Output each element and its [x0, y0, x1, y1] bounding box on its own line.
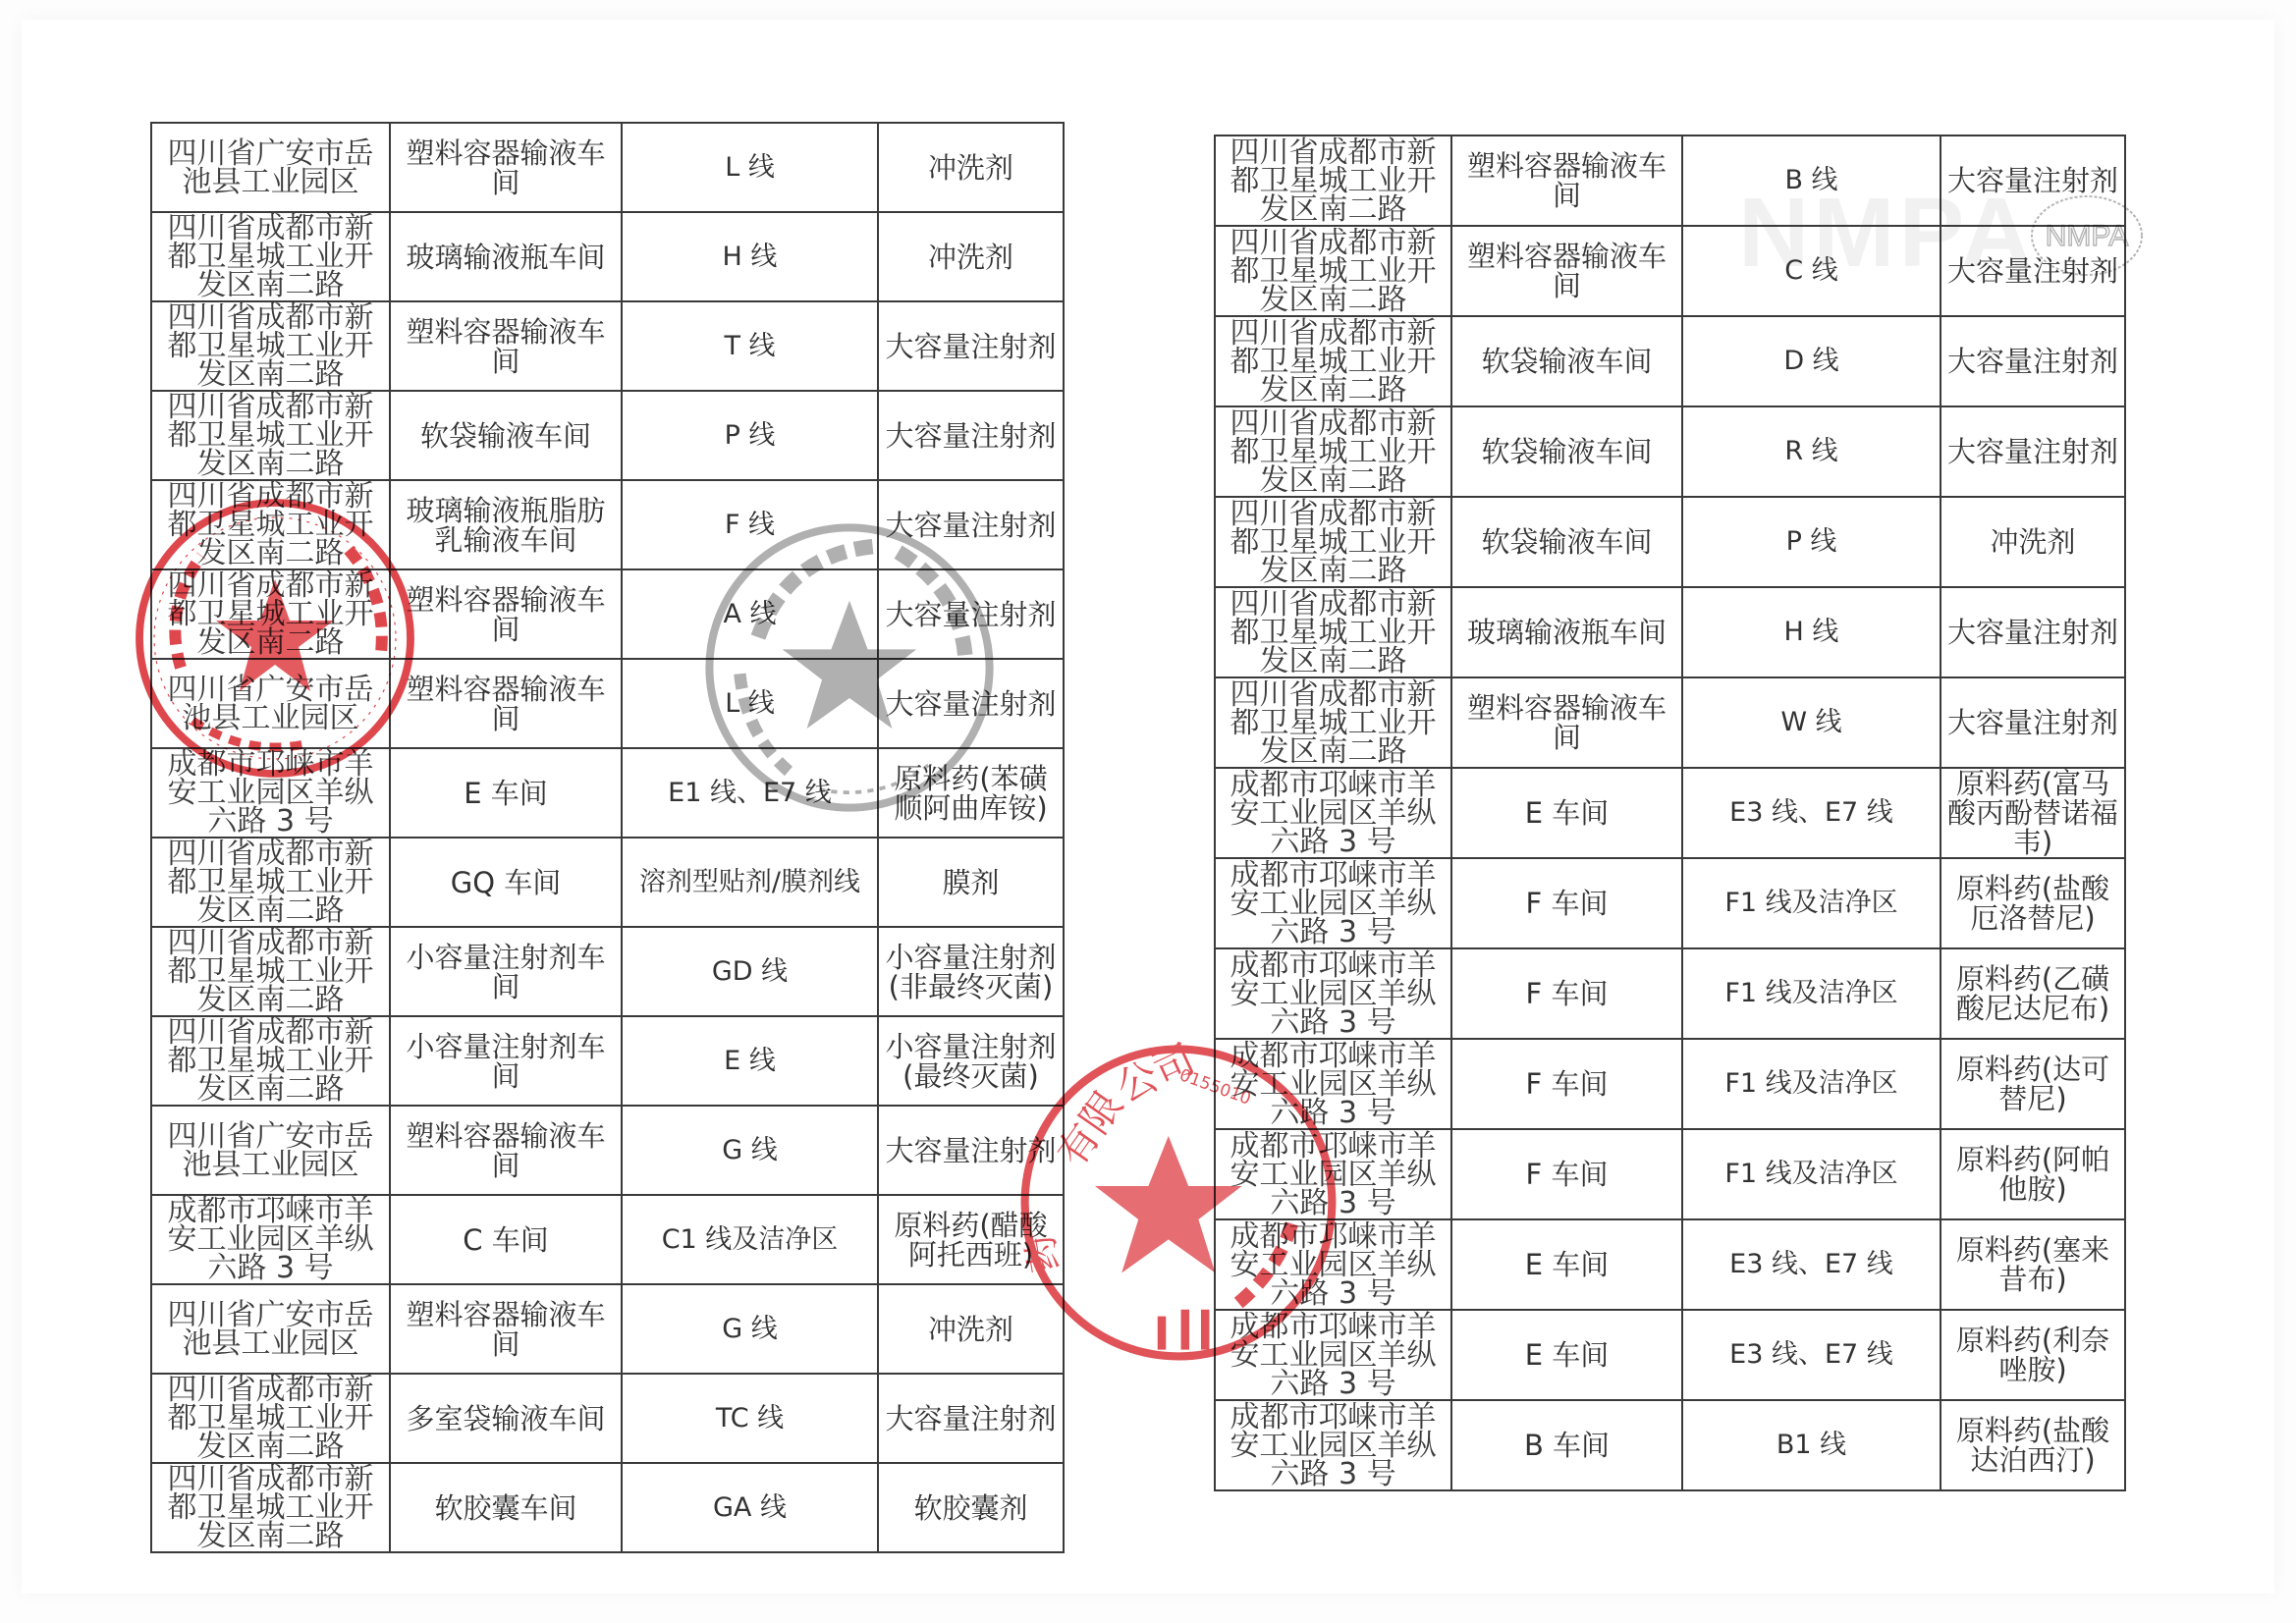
address-cell: 四川省成都市新都卫星城工业开发区南二路 [151, 1374, 390, 1463]
table-row: 四川省成都市新都卫星城工业开发区南二路小容量注射剂车间GD 线小容量注射剂(非最… [151, 927, 1064, 1016]
workshop-cell: 软袋输液车间 [1451, 497, 1682, 587]
line-cell: F 线 [622, 480, 878, 569]
line-cell: E3 线、E7 线 [1682, 1219, 1941, 1310]
table-row: 成都市邛崃市羊安工业园区羊纵六路 3 号F 车间F1 线及洁净区原料药(盐酸厄洛… [1215, 858, 2125, 948]
address-cell: 四川省成都市新都卫星城工业开发区南二路 [151, 391, 390, 480]
address-cell: 成都市邛崃市羊安工业园区羊纵六路 3 号 [1215, 1400, 1451, 1490]
workshop-cell: C 车间 [390, 1195, 622, 1284]
line-cell: C1 线及洁净区 [622, 1195, 878, 1284]
table-row: 四川省成都市新都卫星城工业开发区南二路软袋输液车间P 线大容量注射剂 [151, 391, 1064, 480]
dosage-form-cell: 小容量注射剂(非最终灭菌) [878, 927, 1064, 1016]
address-cell: 四川省成都市新都卫星城工业开发区南二路 [151, 1016, 390, 1106]
workshop-cell: F 车间 [1451, 948, 1682, 1039]
address-cell: 四川省广安市岳池县工业园区 [151, 123, 390, 212]
address-cell: 四川省成都市新都卫星城工业开发区南二路 [151, 927, 390, 1016]
line-cell: A 线 [622, 569, 878, 659]
dosage-form-cell: 原料药(富马酸丙酚替诺福韦) [1941, 768, 2125, 858]
line-cell: E 线 [622, 1016, 878, 1106]
line-cell: GD 线 [622, 927, 878, 1016]
table-row: 四川省成都市新都卫星城工业开发区南二路软袋输液车间R 线大容量注射剂 [1215, 406, 2125, 497]
table-row: 成都市邛崃市羊安工业园区羊纵六路 3 号E 车间E3 线、E7 线原料药(塞来昔… [1215, 1219, 2125, 1310]
line-cell: L 线 [622, 123, 878, 212]
table-row: 四川省成都市新都卫星城工业开发区南二路塑料容器输液车间T 线大容量注射剂 [151, 301, 1064, 391]
address-cell: 四川省成都市新都卫星城工业开发区南二路 [151, 838, 390, 927]
address-cell: 成都市邛崃市羊安工业园区羊纵六路 3 号 [1215, 1219, 1451, 1310]
dosage-form-cell: 大容量注射剂 [878, 1374, 1064, 1463]
table-row: 四川省成都市新都卫星城工业开发区南二路小容量注射剂车间E 线小容量注射剂(最终灭… [151, 1016, 1064, 1106]
dosage-form-cell: 大容量注射剂 [878, 1106, 1064, 1195]
address-cell: 成都市邛崃市羊安工业园区羊纵六路 3 号 [1215, 768, 1451, 858]
dosage-form-cell: 原料药(盐酸厄洛替尼) [1941, 858, 2125, 948]
line-cell: E1 线、E7 线 [622, 748, 878, 838]
table-row: 成都市邛崃市羊安工业园区羊纵六路 3 号E 车间E1 线、E7 线原料药(苯磺顺… [151, 748, 1064, 838]
address-cell: 四川省成都市新都卫星城工业开发区南二路 [151, 480, 390, 569]
line-cell: F1 线及洁净区 [1682, 1129, 1941, 1219]
line-cell: B1 线 [1682, 1400, 1941, 1490]
dosage-form-cell: 大容量注射剂 [1941, 226, 2125, 316]
workshop-cell: 小容量注射剂车间 [390, 927, 622, 1016]
workshop-cell: 塑料容器输液车间 [390, 569, 622, 659]
workshop-cell: E 车间 [1451, 1310, 1682, 1400]
line-cell: E3 线、E7 线 [1682, 768, 1941, 858]
workshop-cell: 塑料容器输液车间 [390, 1106, 622, 1195]
dosage-form-cell: 冲洗剂 [878, 1284, 1064, 1374]
workshop-cell: 塑料容器输液车间 [390, 301, 622, 391]
workshop-cell: F 车间 [1451, 1039, 1682, 1129]
line-cell: GA 线 [622, 1463, 878, 1552]
table-row: 四川省成都市新都卫星城工业开发区南二路塑料容器输液车间W 线大容量注射剂 [1215, 677, 2125, 768]
line-cell: B 线 [1682, 135, 1941, 226]
table-row: 成都市邛崃市羊安工业园区羊纵六路 3 号F 车间F1 线及洁净区原料药(乙磺酸尼… [1215, 948, 2125, 1039]
table-row: 成都市邛崃市羊安工业园区羊纵六路 3 号C 车间C1 线及洁净区原料药(醋酸阿托… [151, 1195, 1064, 1284]
table-row: 四川省广安市岳池县工业园区塑料容器输液车间G 线大容量注射剂 [151, 1106, 1064, 1195]
line-cell: P 线 [1682, 497, 1941, 587]
line-cell: G 线 [622, 1284, 878, 1374]
line-cell: W 线 [1682, 677, 1941, 768]
line-cell: E3 线、E7 线 [1682, 1310, 1941, 1400]
workshop-cell: 塑料容器输液车间 [390, 659, 622, 748]
address-cell: 成都市邛崃市羊安工业园区羊纵六路 3 号 [151, 748, 390, 838]
dosage-form-cell: 原料药(乙磺酸尼达尼布) [1941, 948, 2125, 1039]
dosage-form-cell: 软胶囊剂 [878, 1463, 1064, 1552]
workshop-cell: GQ 车间 [390, 838, 622, 927]
dosage-form-cell: 冲洗剂 [878, 212, 1064, 301]
workshop-cell: E 车间 [390, 748, 622, 838]
address-cell: 四川省成都市新都卫星城工业开发区南二路 [1215, 316, 1451, 406]
workshop-cell: 软胶囊车间 [390, 1463, 622, 1552]
line-cell: F1 线及洁净区 [1682, 948, 1941, 1039]
workshop-cell: 玻璃输液瓶车间 [390, 212, 622, 301]
table-row: 四川省广安市岳池县工业园区塑料容器输液车间L 线大容量注射剂 [151, 659, 1064, 748]
dosage-form-cell: 原料药(醋酸阿托西班) [878, 1195, 1064, 1284]
line-cell: D 线 [1682, 316, 1941, 406]
workshop-cell: 塑料容器输液车间 [1451, 677, 1682, 768]
table-row: 四川省成都市新都卫星城工业开发区南二路软袋输液车间D 线大容量注射剂 [1215, 316, 2125, 406]
dosage-form-cell: 大容量注射剂 [1941, 406, 2125, 497]
table-row: 四川省成都市新都卫星城工业开发区南二路多室袋输液车间TC 线大容量注射剂 [151, 1374, 1064, 1463]
dosage-form-cell: 大容量注射剂 [878, 391, 1064, 480]
table-row: 四川省成都市新都卫星城工业开发区南二路塑料容器输液车间B 线大容量注射剂 [1215, 135, 2125, 226]
workshop-cell: 塑料容器输液车间 [390, 123, 622, 212]
dosage-form-cell: 大容量注射剂 [1941, 677, 2125, 768]
right-production-line-table: 四川省成都市新都卫星城工业开发区南二路塑料容器输液车间B 线大容量注射剂四川省成… [1214, 135, 2126, 1491]
dosage-form-cell: 大容量注射剂 [878, 301, 1064, 391]
dosage-form-cell: 冲洗剂 [1941, 497, 2125, 587]
table-row: 成都市邛崃市羊安工业园区羊纵六路 3 号E 车间E3 线、E7 线原料药(富马酸… [1215, 768, 2125, 858]
workshop-cell: F 车间 [1451, 1129, 1682, 1219]
workshop-cell: 玻璃输液瓶车间 [1451, 587, 1682, 677]
address-cell: 四川省成都市新都卫星城工业开发区南二路 [1215, 406, 1451, 497]
address-cell: 四川省成都市新都卫星城工业开发区南二路 [1215, 587, 1451, 677]
workshop-cell: 软袋输液车间 [390, 391, 622, 480]
line-cell: H 线 [1682, 587, 1941, 677]
line-cell: C 线 [1682, 226, 1941, 316]
table-row: 四川省成都市新都卫星城工业开发区南二路塑料容器输液车间A 线大容量注射剂 [151, 569, 1064, 659]
table-row: 四川省广安市岳池县工业园区塑料容器输液车间L 线冲洗剂 [151, 123, 1064, 212]
address-cell: 四川省成都市新都卫星城工业开发区南二路 [1215, 135, 1451, 226]
workshop-cell: E 车间 [1451, 768, 1682, 858]
workshop-cell: 玻璃输液瓶脂肪乳输液车间 [390, 480, 622, 569]
line-cell: F1 线及洁净区 [1682, 858, 1941, 948]
dosage-form-cell: 原料药(苯磺顺阿曲库铵) [878, 748, 1064, 838]
dosage-form-cell: 大容量注射剂 [1941, 135, 2125, 226]
workshop-cell: 软袋输液车间 [1451, 406, 1682, 497]
table-row: 成都市邛崃市羊安工业园区羊纵六路 3 号F 车间F1 线及洁净区原料药(达可替尼… [1215, 1039, 2125, 1129]
address-cell: 成都市邛崃市羊安工业园区羊纵六路 3 号 [1215, 948, 1451, 1039]
dosage-form-cell: 原料药(利奈唑胺) [1941, 1310, 2125, 1400]
address-cell: 四川省成都市新都卫星城工业开发区南二路 [151, 212, 390, 301]
dosage-form-cell: 原料药(塞来昔布) [1941, 1219, 2125, 1310]
workshop-cell: 塑料容器输液车间 [1451, 226, 1682, 316]
address-cell: 成都市邛崃市羊安工业园区羊纵六路 3 号 [1215, 858, 1451, 948]
dosage-form-cell: 原料药(阿帕他胺) [1941, 1129, 2125, 1219]
table-row: 成都市邛崃市羊安工业园区羊纵六路 3 号E 车间E3 线、E7 线原料药(利奈唑… [1215, 1310, 2125, 1400]
dosage-form-cell: 大容量注射剂 [1941, 587, 2125, 677]
address-cell: 成都市邛崃市羊安工业园区羊纵六路 3 号 [1215, 1129, 1451, 1219]
workshop-cell: 塑料容器输液车间 [1451, 135, 1682, 226]
address-cell: 四川省成都市新都卫星城工业开发区南二路 [1215, 497, 1451, 587]
workshop-cell: 小容量注射剂车间 [390, 1016, 622, 1106]
line-cell: P 线 [622, 391, 878, 480]
line-cell: G 线 [622, 1106, 878, 1195]
table-row: 四川省成都市新都卫星城工业开发区南二路玻璃输液瓶车间H 线大容量注射剂 [1215, 587, 2125, 677]
address-cell: 四川省成都市新都卫星城工业开发区南二路 [1215, 226, 1451, 316]
workshop-cell: E 车间 [1451, 1219, 1682, 1310]
address-cell: 四川省广安市岳池县工业园区 [151, 659, 390, 748]
workshop-cell: B 车间 [1451, 1400, 1682, 1490]
table-row: 成都市邛崃市羊安工业园区羊纵六路 3 号F 车间F1 线及洁净区原料药(阿帕他胺… [1215, 1129, 2125, 1219]
table-row: 四川省成都市新都卫星城工业开发区南二路玻璃输液瓶脂肪乳输液车间F 线大容量注射剂 [151, 480, 1064, 569]
line-cell: F1 线及洁净区 [1682, 1039, 1941, 1129]
line-cell: H 线 [622, 212, 878, 301]
table-row: 四川省成都市新都卫星城工业开发区南二路软胶囊车间GA 线软胶囊剂 [151, 1463, 1064, 1552]
table-row: 四川省广安市岳池县工业园区塑料容器输液车间G 线冲洗剂 [151, 1284, 1064, 1374]
address-cell: 四川省广安市岳池县工业园区 [151, 1106, 390, 1195]
dosage-form-cell: 小容量注射剂(最终灭菌) [878, 1016, 1064, 1106]
workshop-cell: 软袋输液车间 [1451, 316, 1682, 406]
address-cell: 四川省成都市新都卫星城工业开发区南二路 [151, 301, 390, 391]
dosage-form-cell: 膜剂 [878, 838, 1064, 927]
dosage-form-cell: 大容量注射剂 [878, 569, 1064, 659]
line-cell: TC 线 [622, 1374, 878, 1463]
line-cell: T 线 [622, 301, 878, 391]
address-cell: 四川省广安市岳池县工业园区 [151, 1284, 390, 1374]
address-cell: 成都市邛崃市羊安工业园区羊纵六路 3 号 [151, 1195, 390, 1284]
address-cell: 成都市邛崃市羊安工业园区羊纵六路 3 号 [1215, 1039, 1451, 1129]
address-cell: 四川省成都市新都卫星城工业开发区南二路 [151, 1463, 390, 1552]
dosage-form-cell: 原料药(达可替尼) [1941, 1039, 2125, 1129]
dosage-form-cell: 冲洗剂 [878, 123, 1064, 212]
address-cell: 四川省成都市新都卫星城工业开发区南二路 [1215, 677, 1451, 768]
table-row: 四川省成都市新都卫星城工业开发区南二路GQ 车间溶剂型贴剂/膜剂线膜剂 [151, 838, 1064, 927]
workshop-cell: 多室袋输液车间 [390, 1374, 622, 1463]
workshop-cell: F 车间 [1451, 858, 1682, 948]
table-row: 成都市邛崃市羊安工业园区羊纵六路 3 号B 车间B1 线原料药(盐酸达泊西汀) [1215, 1400, 2125, 1490]
dosage-form-cell: 大容量注射剂 [878, 480, 1064, 569]
line-cell: L 线 [622, 659, 878, 748]
table-row: 四川省成都市新都卫星城工业开发区南二路玻璃输液瓶车间H 线冲洗剂 [151, 212, 1064, 301]
table-row: 四川省成都市新都卫星城工业开发区南二路塑料容器输液车间C 线大容量注射剂 [1215, 226, 2125, 316]
dosage-form-cell: 大容量注射剂 [878, 659, 1064, 748]
table-row: 四川省成都市新都卫星城工业开发区南二路软袋输液车间P 线冲洗剂 [1215, 497, 2125, 587]
workshop-cell: 塑料容器输液车间 [390, 1284, 622, 1374]
address-cell: 成都市邛崃市羊安工业园区羊纵六路 3 号 [1215, 1310, 1451, 1400]
dosage-form-cell: 大容量注射剂 [1941, 316, 2125, 406]
left-production-line-table: 四川省广安市岳池县工业园区塑料容器输液车间L 线冲洗剂四川省成都市新都卫星城工业… [150, 122, 1065, 1553]
address-cell: 四川省成都市新都卫星城工业开发区南二路 [151, 569, 390, 659]
line-cell: 溶剂型贴剂/膜剂线 [622, 838, 878, 927]
dosage-form-cell: 原料药(盐酸达泊西汀) [1941, 1400, 2125, 1490]
line-cell: R 线 [1682, 406, 1941, 497]
